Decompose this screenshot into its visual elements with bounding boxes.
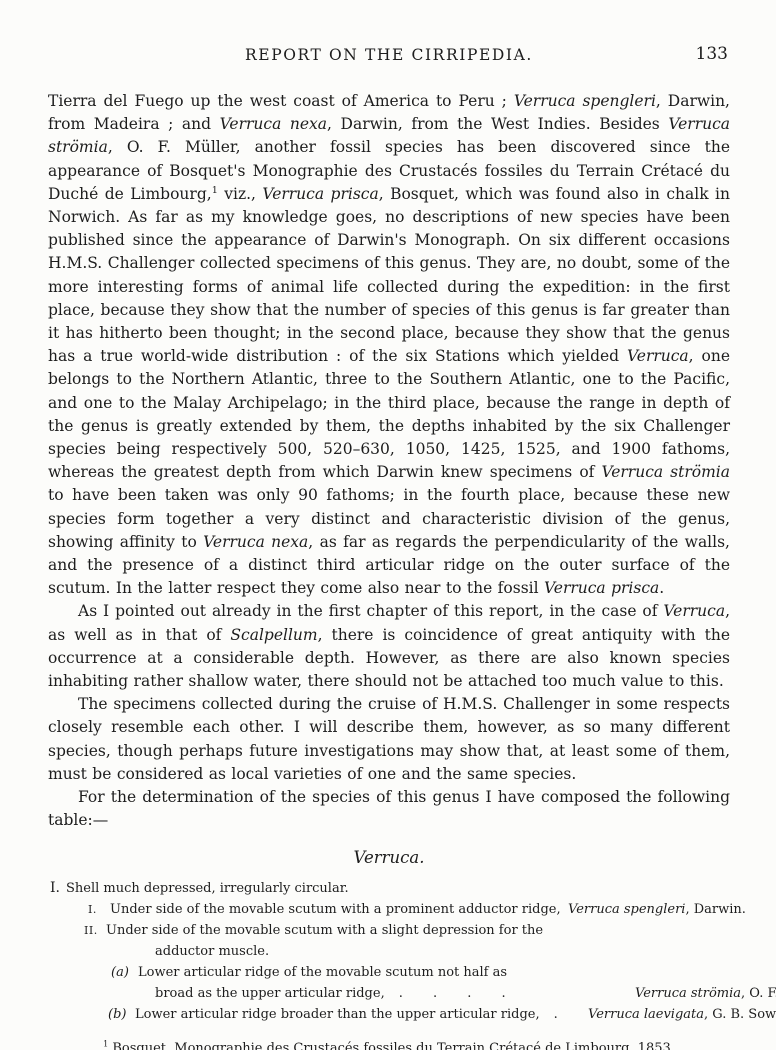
key-text: Lower articular ridge of the movable scu… [138,965,507,980]
key-line: I.Under side of the movable scutum with … [88,899,730,920]
key-text: Shell much depressed, irregularly circul… [66,881,349,896]
species-label: Verruca laevigata, G. B. Sowerby. [588,1004,776,1025]
dot-leader: . . . . [399,986,506,1001]
key-text: Lower articular ridge broader than the u… [135,1007,540,1022]
determination-key: I.Shell much depressed, irregularly circ… [48,878,730,1025]
key-text: broad as the upper articular ridge, [155,986,385,1001]
key-text: Under side of the movable scutum with a … [110,902,561,917]
page-number: 133 [696,44,728,64]
key-line: (b)Lower articular ridge broader than th… [108,1004,730,1025]
paragraph: As I pointed out already in the first ch… [48,600,730,693]
scanned-book-page: REPORT ON THE CIRRIPEDIA. 133 Tierra del… [0,0,776,1050]
key-marker: II. [84,920,106,941]
key-marker: (b) [108,1004,135,1025]
key-line: II.Under side of the movable scutum with… [84,920,730,941]
key-line: broad as the upper articular ridge,. . .… [155,983,730,1004]
key-marker: I. [50,878,66,899]
key-marker: (a) [111,962,138,983]
dot-leader: . [554,1007,558,1022]
footnote: 1 Bosquet, Monographie des Crustacés fos… [48,1041,730,1050]
paragraph: The specimens collected during the cruis… [48,693,730,786]
key-line: (a)Lower articular ridge of the movable … [111,962,730,983]
key-marker: I. [88,899,110,920]
page-content: REPORT ON THE CIRRIPEDIA. 133 Tierra del… [48,44,730,1050]
key-text: adductor muscle. [155,944,269,959]
key-text: Under side of the movable scutum with a … [106,923,543,938]
running-head: REPORT ON THE CIRRIPEDIA. 133 [48,44,730,68]
paragraph: Tierra del Fuego up the west coast of Am… [48,90,730,600]
body-paragraphs: Tierra del Fuego up the west coast of Am… [48,90,730,833]
section-heading: Verruca. [48,848,730,867]
footnote-text: Bosquet, Monographie des Crustacés fossi… [112,1041,675,1050]
key-line: adductor muscle. [155,941,730,962]
species-label: Verruca strömia, O. F. Müller, sp. [635,983,776,1004]
species-label: Verruca spengleri, Darwin. [568,899,746,920]
paragraph: For the determination of the species of … [48,786,730,832]
footnote-marker: 1 [103,1039,108,1048]
page-title: REPORT ON THE CIRRIPEDIA. [48,46,730,64]
key-line: I.Shell much depressed, irregularly circ… [50,878,730,899]
